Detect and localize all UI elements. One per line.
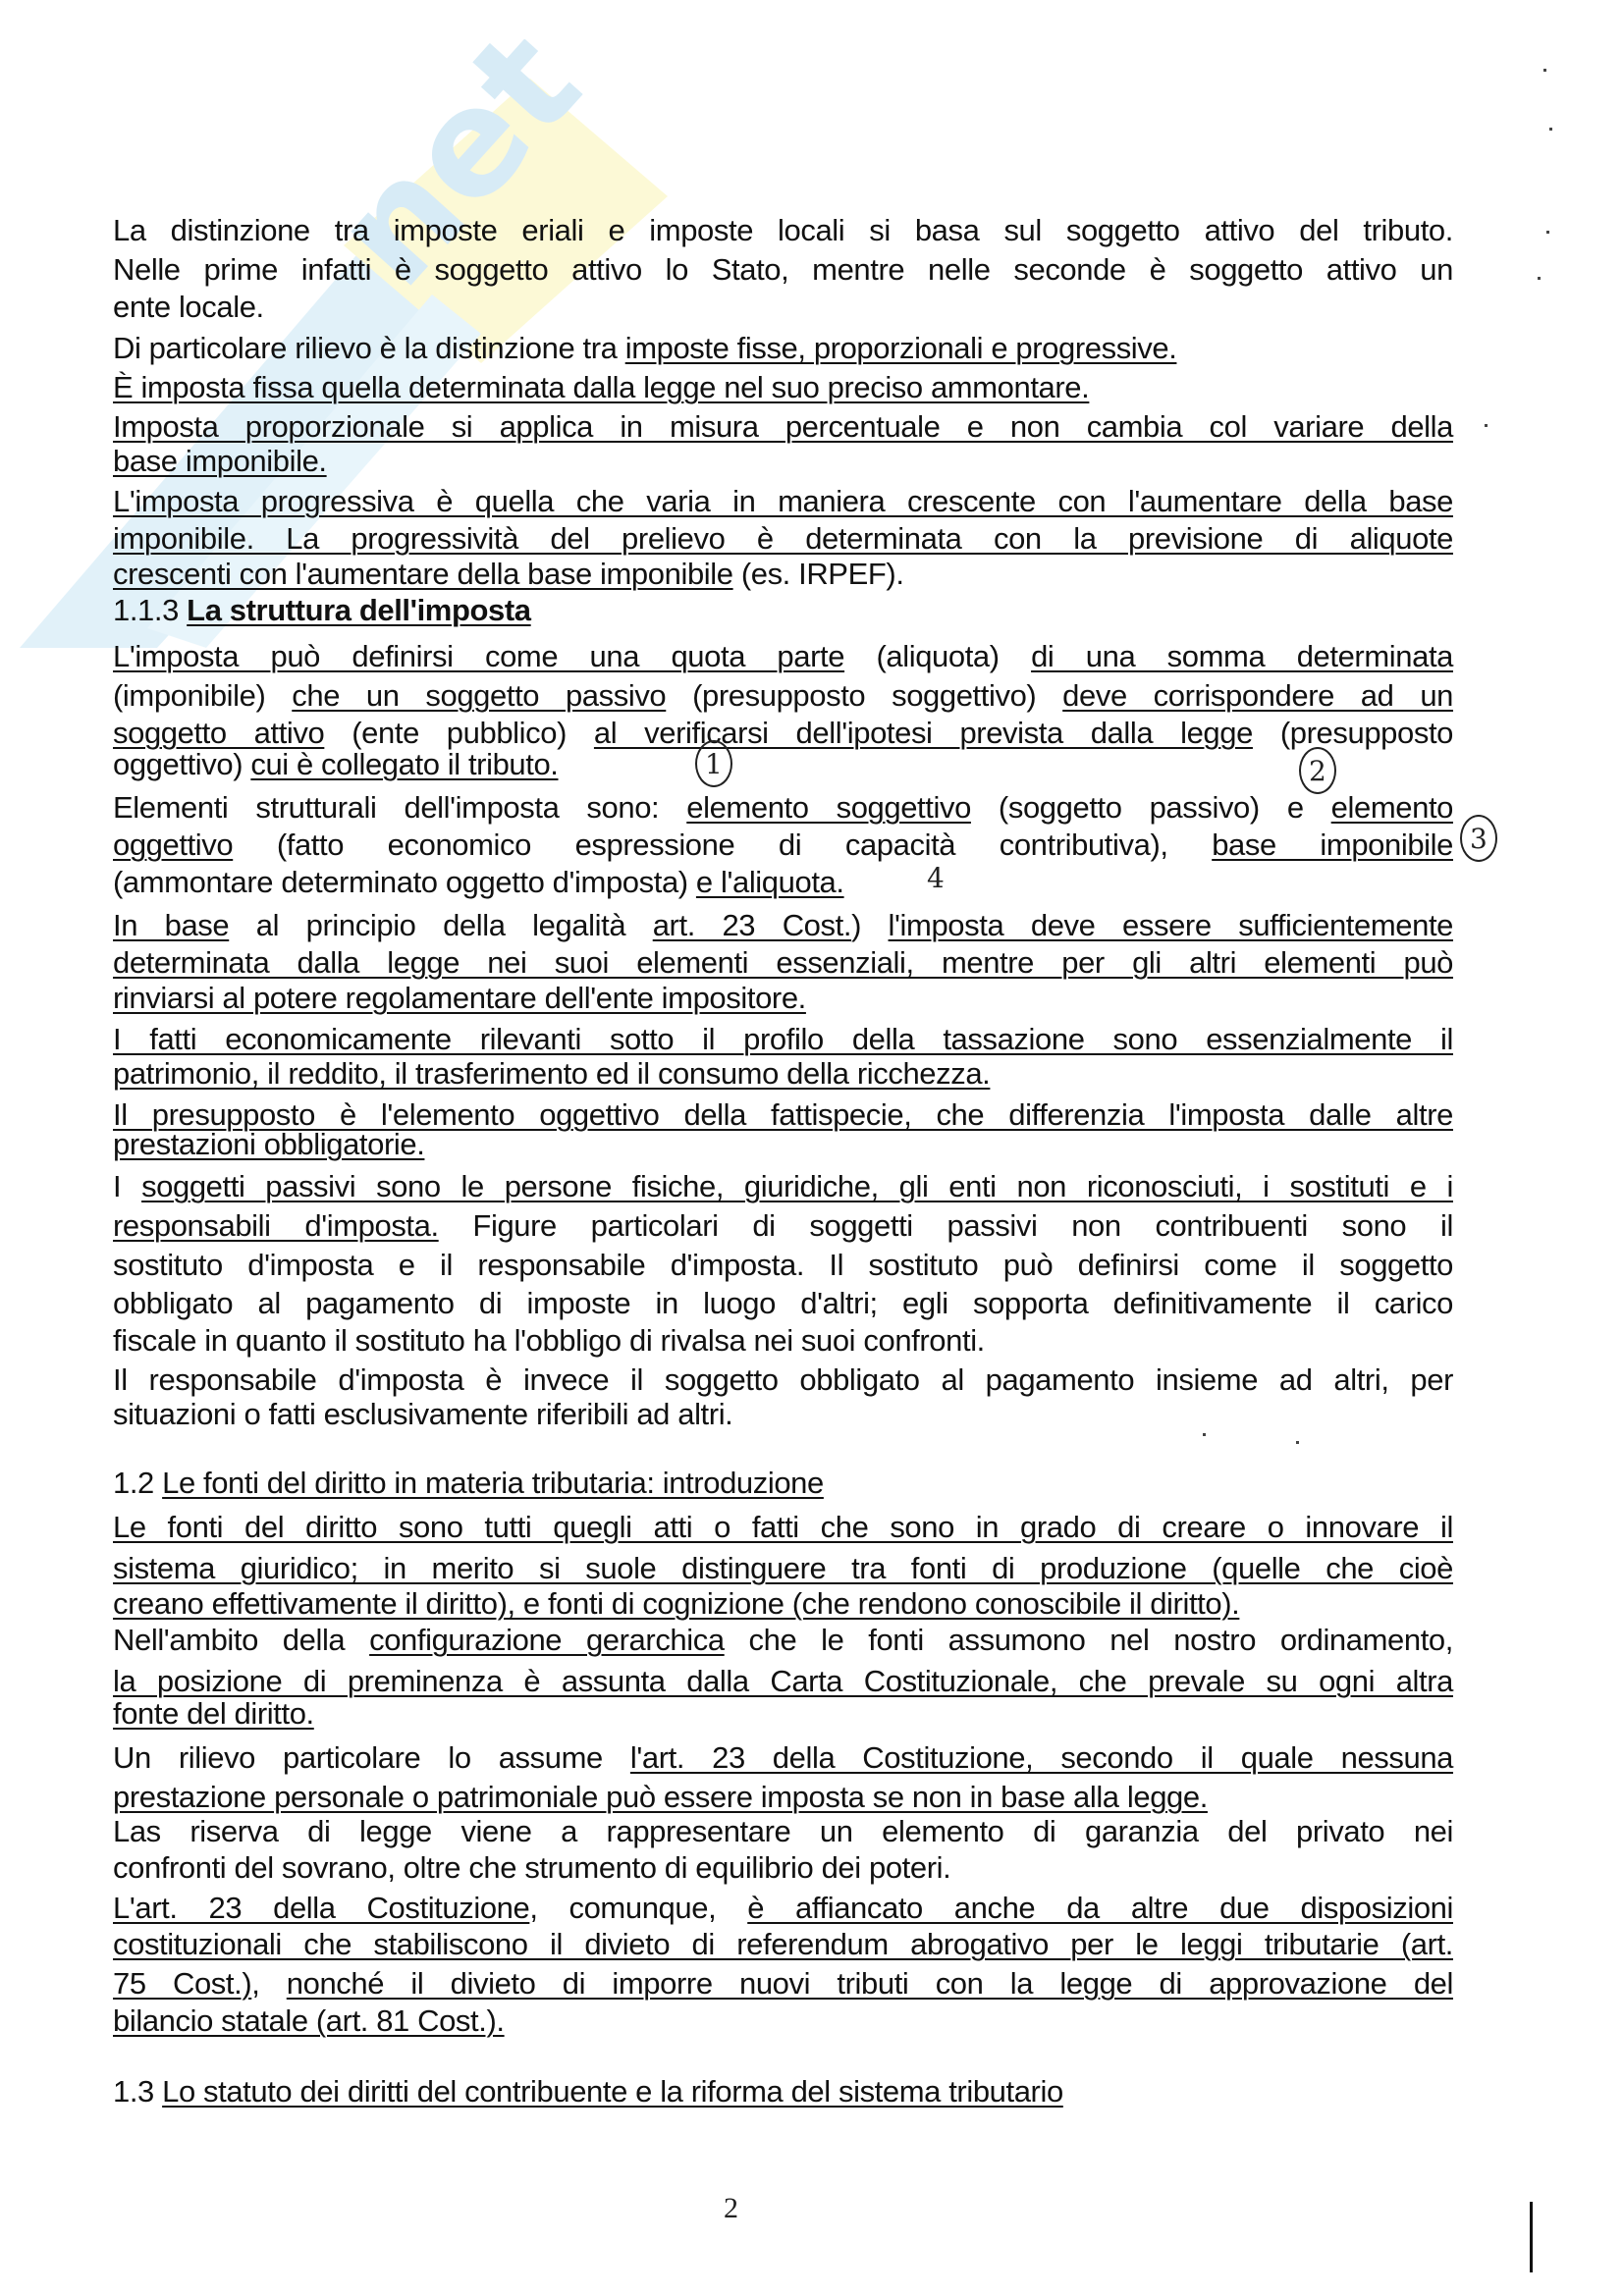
text-line: creano effettivamente il diritto), e fon… (113, 1585, 1453, 1623)
text-line: Nell'ambito della configurazione gerarch… (113, 1622, 1453, 1659)
underlined-text: al verificarsi dell'ipotesi prevista dal… (594, 716, 1253, 750)
underlined-text: nonché il divieto di imporre nuovi tribu… (287, 1966, 1453, 2001)
text-segment: (imponibile) (113, 678, 292, 713)
text-line: La distinzione tra imposte eriali e impo… (113, 212, 1453, 249)
underlined-text: sistema giuridico; in merito si suole di… (113, 1551, 1453, 1585)
underlined-text: prestazioni obbligatorie. (113, 1127, 424, 1161)
underlined-text: cui è collegato il tributo. (250, 747, 558, 781)
text-segment: (ente pubblico) (324, 716, 594, 750)
underlined-text: art. 23 Cost. (653, 908, 851, 942)
text-line: prestazioni obbligatorie. (113, 1126, 1453, 1163)
underlined-text: costituzionali che stabiliscono il divie… (113, 1927, 1453, 1961)
scan-margin-mark (1530, 2202, 1533, 2272)
underlined-text: e l'aliquota. (696, 865, 844, 899)
text-line: Il responsabile d'imposta è invece il so… (113, 1362, 1453, 1399)
text-segment: (es. IRPEF). (733, 557, 904, 591)
text-line: patrimonio, il reddito, il trasferimento… (113, 1055, 1453, 1093)
text-segment: ) (851, 908, 888, 942)
text-line: imponibile. La progressività del preliev… (113, 520, 1453, 558)
underlined-text: bilancio statale (art. 81 Cost.). (113, 2003, 505, 2038)
text-line: Elementi strutturali dell'imposta sono: … (113, 789, 1453, 827)
text-segment: Un rilievo particolare lo assume (113, 1740, 630, 1775)
text-segment: Figure particolari di soggetti passivi n… (439, 1208, 1453, 1243)
text-segment: fiscale in quanto il sostituto ha l'obbl… (113, 1323, 985, 1358)
underlined-text: oggettivo (113, 828, 233, 862)
page-number: 2 (724, 2192, 738, 2225)
underlined-text: configurazione gerarchica (369, 1623, 725, 1657)
underlined-text: prestazione personale o patrimoniale può… (113, 1780, 1208, 1814)
text-segment: confronti del sovrano, oltre che strumen… (113, 1850, 950, 1885)
text-line: sistema giuridico; in merito si suole di… (113, 1550, 1453, 1587)
text-line: Las riserva di legge viene a rappresenta… (113, 1813, 1453, 1850)
hand-drawn-circle-icon (1299, 747, 1336, 794)
text-line: È imposta fissa quella determinata dalla… (113, 369, 1453, 406)
underlined-text: fonte del diritto. (113, 1696, 314, 1731)
hand-drawn-circle-icon (695, 740, 732, 787)
underlined-text: elemento (1331, 790, 1453, 825)
underlined-text: Lo statuto dei diritti del contribuente … (162, 2074, 1063, 2109)
underlined-text: determinata dalla legge nei suoi element… (113, 945, 1453, 980)
text-line: (imponibile) che un soggetto passivo (pr… (113, 677, 1453, 715)
underlined-text: responsabili d'imposta. (113, 1208, 439, 1243)
scan-speck (1203, 1433, 1206, 1436)
scan-speck (1485, 424, 1488, 427)
scan-speck (1546, 231, 1549, 234)
text-line: determinata dalla legge nei suoi element… (113, 944, 1453, 982)
underlined-text: che un soggetto passivo (292, 678, 666, 713)
text-line: obbligato al pagamento di imposte in luo… (113, 1285, 1453, 1322)
text-segment: , comunque, (529, 1891, 747, 1925)
underlined-text: di una somma determinata (1031, 639, 1453, 673)
underlined-text: creano effettivamente il diritto), e fon… (113, 1586, 1239, 1621)
text-segment: 1.3 (113, 2074, 162, 2109)
underlined-text: La struttura dell'imposta (187, 593, 530, 627)
text-segment: (presupposto soggettivo) (666, 678, 1062, 713)
text-segment: I (113, 1169, 141, 1203)
text-segment: sostituto d'imposta e il responsabile d'… (113, 1248, 1453, 1282)
text-segment: Il responsabile d'imposta è invece il so… (113, 1362, 1453, 1397)
underlined-text: base imponibile (1212, 828, 1453, 862)
hand-drawn-circle-icon (1460, 815, 1497, 862)
text-line: bilancio statale (art. 81 Cost.). (113, 2002, 1453, 2040)
text-line: sostituto d'imposta e il responsabile d'… (113, 1247, 1453, 1284)
text-line: Di particolare rilievo è la distinzione … (113, 330, 1453, 367)
text-line: L'imposta progressiva è quella che varia… (113, 483, 1453, 520)
underlined-text: L'imposta progressiva è quella che varia… (113, 484, 1453, 518)
underlined-text: L'imposta può definirsi come una quota p… (113, 639, 844, 673)
text-segment: (soggetto passivo) e (971, 790, 1331, 825)
text-line: L'imposta può definirsi come una quota p… (113, 638, 1453, 675)
text-segment: (fatto economico espressione di capacità… (233, 828, 1212, 862)
text-segment: Nelle prime infatti è soggetto attivo lo… (113, 252, 1453, 287)
text-segment: Elementi strutturali dell'imposta sono: (113, 790, 686, 825)
text-segment: oggettivo) (113, 747, 250, 781)
text-line: fonte del diritto. (113, 1695, 1453, 1733)
text-line: costituzionali che stabiliscono il divie… (113, 1926, 1453, 1963)
text-line: Imposta proporzionale si applica in misu… (113, 408, 1453, 446)
text-segment: obbligato al pagamento di imposte in luo… (113, 1286, 1453, 1320)
underlined-text: soggetti passivi sono le persone fisiche… (141, 1169, 1453, 1203)
text-segment: (ammontare determinato oggetto d'imposta… (113, 865, 696, 899)
text-segment: Di particolare rilievo è la distinzione … (113, 331, 625, 365)
underlined-text: elemento soggettivo (686, 790, 971, 825)
text-line: base imponibile. (113, 443, 1453, 480)
text-line: In base al principio della legalità art.… (113, 907, 1453, 944)
text-line: fiscale in quanto il sostituto ha l'obbl… (113, 1322, 1453, 1360)
text-line: 75 Cost.), nonché il divieto di imporre … (113, 1965, 1453, 2002)
text-segment: ente locale. (113, 290, 264, 324)
underlined-text: base imponibile. (113, 444, 327, 478)
underlined-text: L'art. 23 della Costituzione (113, 1891, 529, 1925)
underlined-text: È imposta fissa quella determinata dalla… (113, 370, 1089, 404)
underlined-text: I fatti economicamente rilevanti sotto i… (113, 1022, 1453, 1056)
underlined-text: rinviarsi al potere regolamentare dell'e… (113, 981, 806, 1015)
text-segment: Las riserva di legge viene a rappresenta… (113, 1814, 1453, 1848)
underlined-text: deve corrispondere ad un (1062, 678, 1453, 713)
text-line: oggettivo) cui è collegato il tributo. (113, 746, 1453, 783)
text-segment: La distinzione tra imposte eriali e impo… (113, 213, 1453, 247)
underlined-text: Imposta proporzionale si applica in misu… (113, 409, 1453, 444)
text-line: prestazione personale o patrimoniale può… (113, 1779, 1453, 1816)
underlined-text: soggetto attivo (113, 716, 324, 750)
text-segment: Nell'ambito della (113, 1623, 369, 1657)
text-line: ente locale. (113, 289, 1453, 326)
text-line: (ammontare determinato oggetto d'imposta… (113, 864, 1453, 901)
text-line: I fatti economicamente rilevanti sotto i… (113, 1021, 1453, 1058)
underlined-text: imposte fisse, proporzionali e progressi… (625, 331, 1177, 365)
underlined-text: è affiancato anche da altre due disposiz… (747, 1891, 1453, 1925)
text-segment: 1.2 (113, 1466, 162, 1500)
text-segment: (aliquota) (844, 639, 1031, 673)
underlined-text: Le fonti del diritto sono tutti quegli a… (113, 1510, 1453, 1544)
document-page: net La distinzione tra imposte eriali e … (0, 0, 1623, 2296)
section-heading: 1.3 Lo statuto dei diritti del contribue… (113, 2073, 1453, 2110)
underlined-text: Le fonti del diritto in materia tributar… (162, 1466, 824, 1500)
scan-speck (1549, 128, 1552, 131)
scan-speck (1538, 277, 1541, 280)
text-segment: (presupposto (1253, 716, 1453, 750)
text-line: confronti del sovrano, oltre che strumen… (113, 1849, 1453, 1887)
text-line: Un rilievo particolare lo assume l'art. … (113, 1739, 1453, 1777)
scan-speck (1296, 1441, 1299, 1444)
underlined-text: l'imposta deve essere sufficientemente (889, 908, 1453, 942)
text-line: responsabili d'imposta. Figure particola… (113, 1207, 1453, 1245)
text-line: oggettivo (fatto economico espressione d… (113, 827, 1453, 864)
scan-speck (1543, 69, 1546, 72)
text-segment: , (251, 1966, 287, 2001)
text-segment: 1.1.3 (113, 593, 187, 627)
underlined-text: crescenti con l'aumentare della base imp… (113, 557, 733, 591)
text-line: I soggetti passivi sono le persone fisic… (113, 1168, 1453, 1205)
text-segment: che le fonti assumono nel nostro ordinam… (725, 1623, 1453, 1657)
text-segment: situazioni o fatti esclusivamente riferi… (113, 1397, 732, 1431)
section-heading: 1.2 Le fonti del diritto in materia trib… (113, 1465, 1453, 1502)
text-line: rinviarsi al potere regolamentare dell'e… (113, 980, 1453, 1017)
underlined-text: la posizione di preminenza è assunta dal… (113, 1664, 1453, 1698)
text-segment: al principio della legalità (229, 908, 652, 942)
underlined-text: patrimonio, il reddito, il trasferimento… (113, 1056, 990, 1091)
underlined-text: In base (113, 908, 229, 942)
underlined-text: imponibile. La progressività del preliev… (113, 521, 1453, 556)
text-line: Nelle prime infatti è soggetto attivo lo… (113, 251, 1453, 289)
text-line: crescenti con l'aumentare della base imp… (113, 556, 1453, 593)
section-heading: 1.1.3 La struttura dell'imposta (113, 592, 1453, 629)
underlined-text: l'art. 23 della Costituzione, secondo il… (630, 1740, 1453, 1775)
underlined-text: 75 Cost.) (113, 1966, 251, 2001)
handwritten-mark: 4 (927, 862, 945, 894)
text-line: Le fonti del diritto sono tutti quegli a… (113, 1509, 1453, 1546)
text-line: L'art. 23 della Costituzione, comunque, … (113, 1890, 1453, 1927)
text-line: situazioni o fatti esclusivamente riferi… (113, 1396, 1453, 1433)
